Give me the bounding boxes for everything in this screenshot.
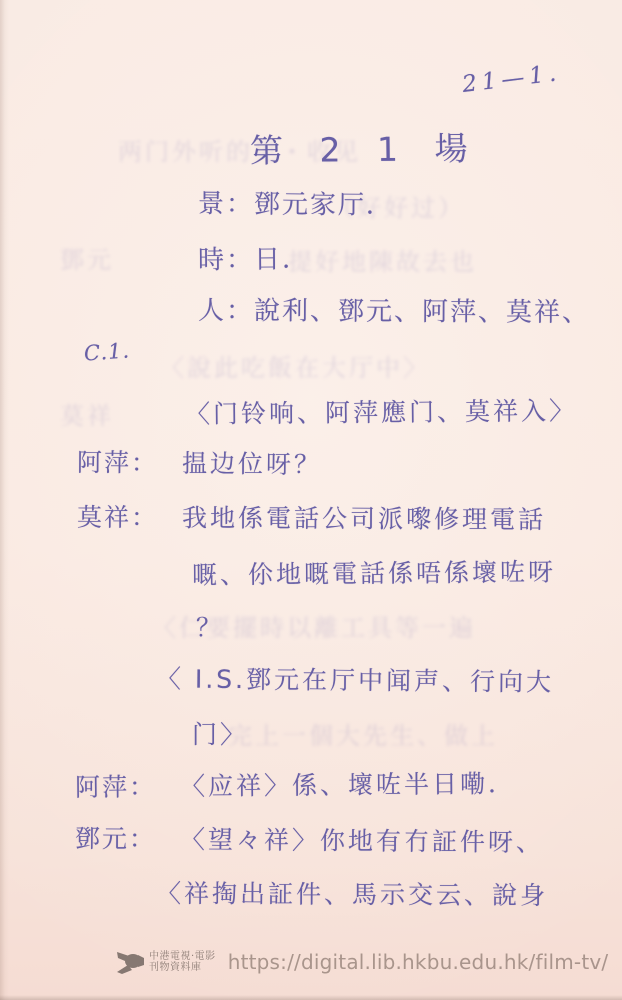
ink-bleedthrough: 莫祥 [60,396,114,431]
ink-bleedthrough: 完上一個大先生、做上 [228,716,498,751]
archive-logo-line2: 刊物資料庫 [149,962,216,973]
time-label: 時： [198,245,254,275]
dialogue-continuation: ？ [196,608,224,644]
ink-bleedthrough: 提好地陳故去也 [288,242,477,277]
scanned-script-page: 两门外听的见・收见 （好好过） 提好地陳故去也 鄧元 〈說此吃飯在大厅中〉 莫祥… [0,0,622,1000]
dialogue-text: 我地係電話公司派嚟修理電話 [182,503,546,534]
dialogue-text: 〈应祥〉係、壞咗半日嘞． [180,769,516,801]
page-edge-shadow-left [0,0,9,1000]
dialogue-line: 阿萍：〈应祥〉係、壞咗半日嘞． [75,764,516,804]
dialogue-text: 揾边位呀？ [182,449,322,479]
archive-watermark: 中港電視·電影 刊物資料庫 https://digital.lib.hkbu.e… [116,949,608,975]
archive-logo-line1: 中港電視·電影 [149,951,216,962]
ink-bleedthrough: 鄧元 [60,240,114,275]
speaker-label: 阿萍： [75,767,180,804]
speaker-label: 莫祥： [77,498,182,535]
dialogue-line: 鄧元：〈望々祥〉你地有冇証件呀、 [75,819,544,859]
dialogue-line: 莫祥：我地係電話公司派嚟修理電話 [77,498,546,536]
archive-url: https://digital.lib.hkbu.edu.hk/film-tv/ [228,950,609,974]
cast-label: 人： [198,296,254,326]
scene-title: 第 2 1 場 [250,123,481,172]
page-edge-shadow-bottom [0,995,622,1000]
stage-direction: 〈祥掏出証件、馬示交云、說身 [156,874,548,912]
archive-logo-text: 中港電視·電影 刊物資料庫 [149,951,216,973]
setting-label: 景： [198,189,254,219]
time-value: 日． [254,245,310,275]
studio-light-logo-icon [116,949,144,975]
page-number: 21—1. [461,60,563,98]
speaker-label: 阿萍： [77,443,182,480]
dialogue-continuation: 嘅、伱地嘅電話係唔係壞咗呀 [192,552,556,591]
speaker-label: 鄧元： [75,819,180,856]
ink-bleedthrough: 〈說此吃飯在大厅中〉 [160,348,430,383]
dialogue-line: 阿萍：揾边位呀？ [77,443,322,481]
camera-cue-mark: C.1. [83,338,131,365]
scene-cast-line: 人：說利、鄧元、阿萍、莫祥、 [198,290,590,329]
scene-time-line: 時：日． [198,239,310,277]
scene-setting-line: 景：鄧元家厅． [198,183,394,222]
stage-direction: 〈 I.S.鄧元在厅中闻声、行向大 [156,659,554,698]
stage-direction: 〈门铃响、阿萍應门、莫祥入〉 [185,391,577,430]
stage-direction-continuation: 门〉 [192,715,248,751]
setting-value: 鄧元家厅． [254,190,394,221]
cast-value: 說利、鄧元、阿萍、莫祥、 [254,296,590,328]
dialogue-text: 〈望々祥〉你地有冇証件呀、 [180,825,544,857]
